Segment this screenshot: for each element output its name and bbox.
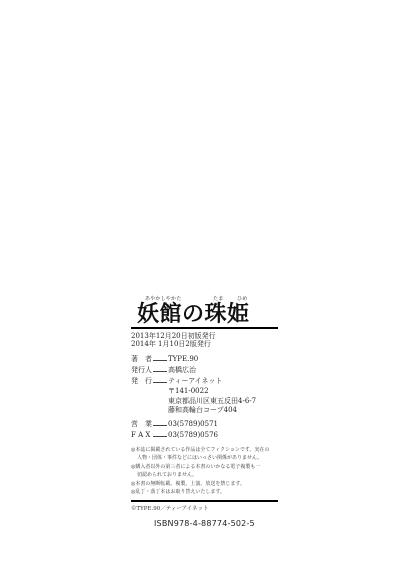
staff-list: 著 者 TYPE.90 発行人 高橋広治 発 行 ティーアイネット [131, 354, 278, 387]
staff-value: ティーアイネット [168, 376, 222, 387]
dash-divider [153, 354, 167, 361]
staff-label: 発 行 [131, 376, 153, 387]
dash-divider [153, 376, 167, 383]
book-title: 妖館の珠姫 [137, 303, 278, 325]
note-line: ◎本書の無断転載、複製、上演、放送を禁じます。 [131, 480, 278, 489]
first-edition-date: 2013年12月20日初版発行 [131, 332, 278, 340]
staff-value: TYPE.90 [168, 354, 198, 365]
ruby-ayakashiyakata: あやかしやかた [145, 295, 181, 302]
dash-divider [153, 419, 167, 426]
postal-code: 〒141-0022 [168, 387, 278, 397]
dash-divider [153, 430, 167, 437]
staff-author: 著 者 TYPE.90 [131, 354, 278, 365]
note-line: ◎乱丁・落丁本はお取り替えいたします。 [131, 488, 278, 497]
note-line: ◎本誌に掲載されている作品は全てフィクションです。実在の [131, 446, 278, 455]
second-edition-date: 2014年 1月10日2版発行 [131, 340, 278, 348]
contact-value: 03(5789)0576 [168, 430, 218, 441]
address-line-2: 藤和高輪台コープ404 [168, 406, 278, 416]
notes: ◎本誌に掲載されている作品は全てフィクションです。実在の 人物・団体・事件などに… [131, 446, 278, 497]
ruby-hime: ひめ [237, 295, 247, 302]
contact-label: F A X [131, 430, 153, 441]
staff-label: 発行人 [131, 365, 153, 376]
publication-dates: 2013年12月20日初版発行 2014年 1月10日2版発行 [131, 332, 278, 348]
staff-label: 著 者 [131, 354, 153, 365]
title-rule [131, 327, 278, 329]
isbn: ISBN978-4-88774-502-5 [154, 519, 278, 529]
staff-value: 高橋広治 [168, 365, 196, 376]
contact-fax: F A X 03(5789)0576 [131, 430, 278, 441]
note-line: 切認められておりません。 [131, 471, 278, 480]
title-ruby: あやかしやかた たま ひめ [131, 294, 278, 303]
address-line-1: 東京都品川区東五反田4-6-7 [168, 397, 278, 407]
staff-publisher: 発 行 ティーアイネット [131, 376, 278, 387]
colophon: あやかしやかた たま ひめ 妖館の珠姫 2013年12月20日初版発行 2014… [131, 294, 278, 529]
note-line: 人物・団体・事件などにはいっさい関係がありません。 [131, 454, 278, 463]
copyright: ©TYPE.90／ティーアイネット [131, 505, 278, 513]
footer-rule [131, 500, 278, 502]
staff-publisher-person: 発行人 高橋広治 [131, 365, 278, 376]
contact-sales: 営 業 03(5789)0571 [131, 419, 278, 430]
note-line: ◎購入者以外の第三者による本書のいかなる電子複製も一 [131, 463, 278, 472]
contact-label: 営 業 [131, 419, 153, 430]
dash-divider [153, 365, 167, 372]
ruby-tama: たま [213, 295, 223, 302]
contact-list: 営 業 03(5789)0571 F A X 03(5789)0576 [131, 419, 278, 441]
contact-value: 03(5789)0571 [168, 419, 218, 430]
